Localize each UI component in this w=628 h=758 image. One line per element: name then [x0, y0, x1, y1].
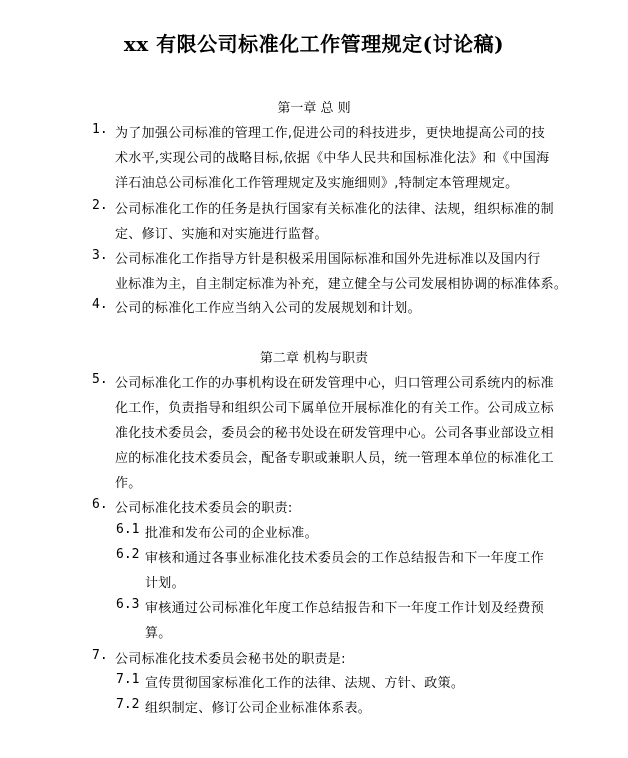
document-title: xx 有限公司标准化工作管理规定(讨论稿): [0, 28, 628, 57]
subitem-6-1-line: 批准和发布公司的企业标准。: [145, 522, 318, 541]
subitem-6-3-line: 审核通过公司标准化年度工作总结报告和下一年度工作计划及经费预: [145, 597, 544, 616]
item-4-line: 公司的标准化工作应当纳入公司的发展规划和计划。: [115, 297, 421, 316]
chapter-1-heading: 第一章 总 则: [0, 97, 628, 116]
subitem-6-3-line: 算。: [145, 622, 172, 641]
item-number: 7.: [92, 648, 108, 663]
item-1-line: 术水平,实现公司的战略目标,依据《中华人民共和国标准化法》和《中国海: [115, 147, 549, 166]
item-2-line: 公司标准化工作的任务是执行国家有关标准化的法律、法规，组织标准的制: [115, 198, 554, 217]
subitem-number: 6.3: [116, 597, 139, 612]
item-number: 2.: [92, 198, 108, 213]
item-2-line: 定、修订、实施和对实施进行监督。: [115, 223, 328, 242]
item-number: 4.: [92, 297, 108, 312]
item-1-line: 为了加强公司标准的管理工作,促进公司的科技进步，更快地提高公司的技: [115, 122, 545, 141]
item-3-line: 公司标准化工作指导方针是积极采用国际标准和国外先进标准以及国内行: [115, 248, 541, 267]
item-1-line: 洋石油总公司标准化工作管理规定及实施细则》,特制定本管理规定。: [115, 172, 518, 191]
chapter-2-heading: 第二章 机构与职责: [0, 347, 628, 366]
item-number: 6.: [92, 497, 108, 512]
item-6-line: 公司标准化技术委员会的职责:: [115, 497, 293, 516]
subitem-7-1-line: 宣传贯彻国家标准化工作的法律、法规、方针、政策。: [145, 672, 464, 691]
subitem-6-2-line: 计划。: [145, 572, 185, 591]
item-number: 1.: [92, 122, 108, 137]
item-number: 3.: [92, 248, 108, 263]
item-5-line: 公司标准化工作的办事机构设在研发管理中心，归口管理公司系统内的标准: [115, 372, 554, 391]
subitem-7-2-line: 组织制定、修订公司企业标准体系表。: [145, 697, 371, 716]
item-3-line: 业标准为主，自主制定标准为补充，建立健全与公司发展相协调的标准体系。: [115, 273, 567, 292]
subitem-number: 7.2: [116, 697, 139, 712]
subitem-number: 6.2: [116, 547, 139, 562]
subitem-number: 6.1: [116, 522, 139, 537]
item-5-line: 作。: [115, 472, 142, 491]
subitem-6-2-line: 审核和通过各事业标准化技术委员会的工作总结报告和下一年度工作: [145, 547, 544, 566]
item-7-line: 公司标准化技术委员会秘书处的职责是:: [115, 648, 346, 667]
item-5-line: 准化技术委员会，委员会的秘书处设在研发管理中心。公司各事业部设立相: [115, 422, 554, 441]
item-number: 5.: [92, 372, 108, 387]
subitem-number: 7.1: [116, 672, 139, 687]
item-5-line: 化工作，负责指导和组织公司下属单位开展标准化的有关工作。公司成立标: [115, 397, 554, 416]
item-5-line: 应的标准化技术委员会，配备专职或兼职人员，统一管理本单位的标准化工: [115, 447, 554, 466]
